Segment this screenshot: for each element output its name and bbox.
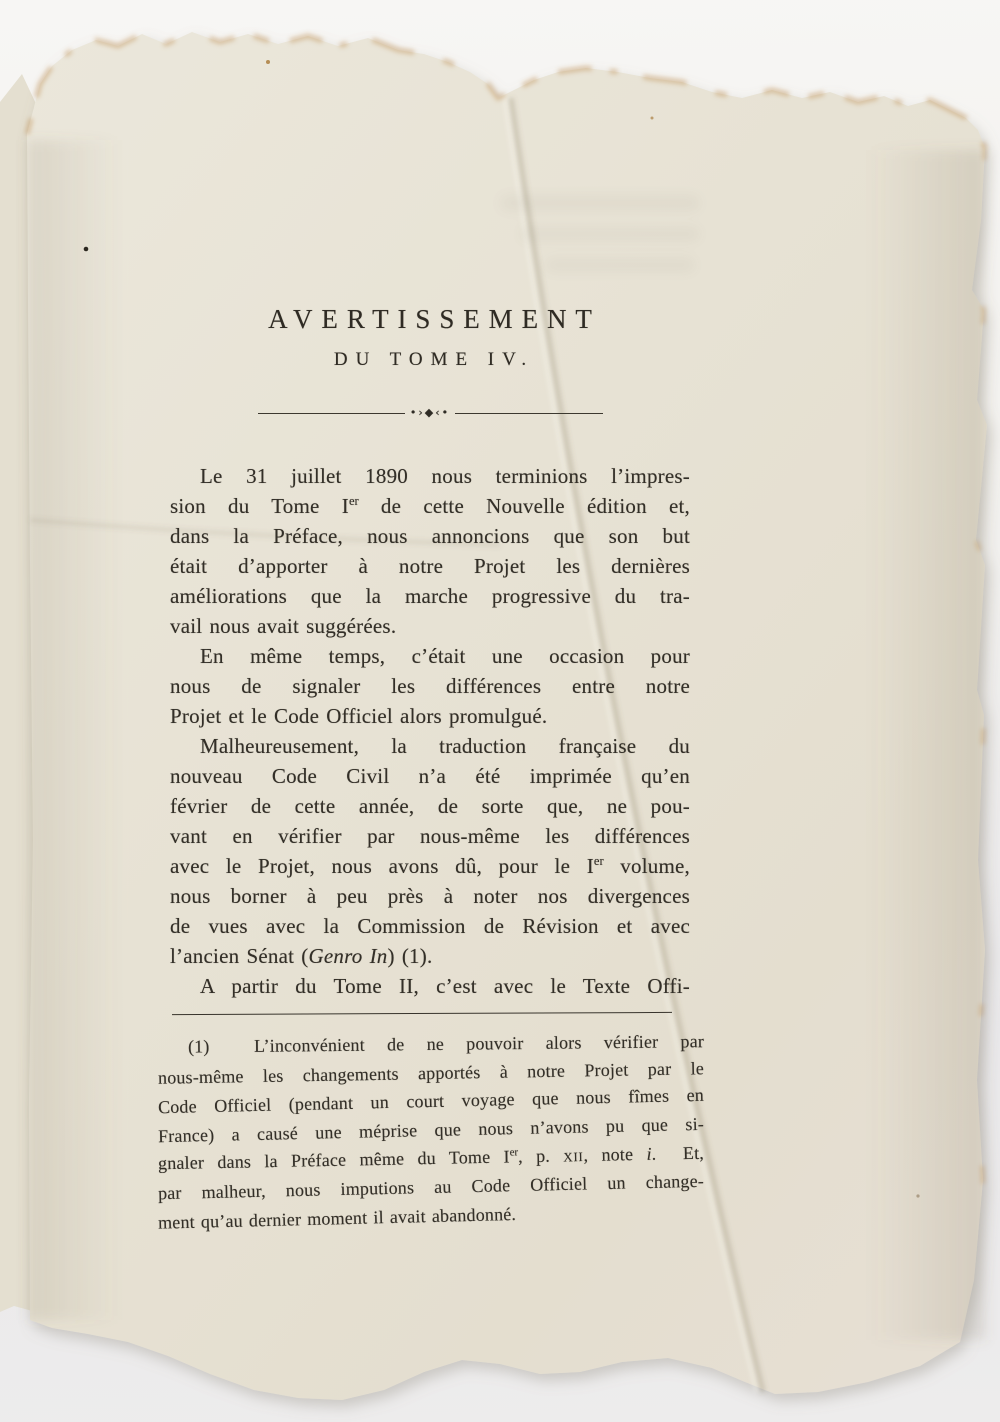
text-line: En même temps, c’était une occasion pour: [170, 641, 690, 671]
text-line: était d’apporter à notre Projet les dern…: [170, 551, 690, 581]
text-line: Malheureusement, la traduction française…: [170, 731, 690, 761]
paragraph: A partir du Tome II, c’est avec le Texte…: [170, 971, 690, 1001]
divider-ornament: •›◆‹•: [258, 405, 603, 421]
body-text: Le 31 juillet 1890 nous terminions l’imp…: [170, 461, 690, 1001]
text-line: février de cette année, de sorte que, ne…: [170, 791, 690, 821]
page-title: AVERTISSEMENT: [170, 304, 690, 335]
footnote-text: (1) L’inconvénient de ne pouvoir alors v…: [158, 1030, 704, 1230]
text-line: A partir du Tome II, c’est avec le Texte…: [170, 971, 690, 1001]
ornament-rule-right: [455, 413, 602, 414]
page-subtitle: DU TOME IV.: [170, 349, 690, 371]
text-line: nous borner à peu près à noter nos diver…: [170, 881, 690, 911]
text-line: dans la Préface, nous annoncions que son…: [170, 521, 690, 551]
paragraph: En même temps, c’était une occasion pour…: [170, 641, 690, 731]
footnote-separator: [172, 1012, 672, 1015]
text-line: de vues avec la Commission de Révision e…: [170, 911, 690, 941]
paragraph: Malheureusement, la traduction française…: [170, 731, 690, 971]
text-line: sion du Tome Ier de cette Nouvelle éditi…: [170, 491, 690, 521]
text-line: nouveau Code Civil n’a été imprimée qu’e…: [170, 761, 690, 791]
text-line: améliorations que la marche progressive …: [170, 581, 690, 611]
text-line: l’ancien Sénat (Genro In) (1).: [170, 941, 690, 971]
text-line: nous de signaler les différences entre n…: [170, 671, 690, 701]
ornament-center-glyphs: •›◆‹•: [405, 406, 455, 419]
paragraph: Le 31 juillet 1890 nous terminions l’imp…: [170, 461, 690, 641]
text-line: Projet et le Code Officiel alors promulg…: [170, 701, 690, 731]
text-line: Le 31 juillet 1890 nous terminions l’imp…: [170, 461, 690, 491]
text-line: avec le Projet, nous avons dû, pour le I…: [170, 851, 690, 881]
text-line: vant en vérifier par nous-même les diffé…: [170, 821, 690, 851]
text-line: vail nous avait suggérées.: [170, 611, 690, 641]
photo-backdrop: AVERTISSEMENT DU TOME IV. •›◆‹• Le 31 ju…: [0, 0, 1000, 1422]
ornament-rule-left: [258, 413, 405, 414]
page-content: AVERTISSEMENT DU TOME IV. •›◆‹• Le 31 ju…: [170, 296, 690, 1230]
